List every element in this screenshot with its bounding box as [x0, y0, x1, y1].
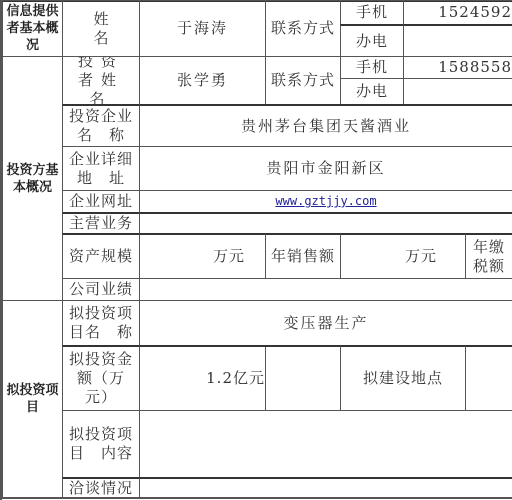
investor-company-value[interactable]: 贵州茅台集团天酱酒业	[139, 104, 512, 146]
provider-name-value[interactable]: 于海涛	[139, 0, 265, 56]
project-site-value[interactable]	[465, 345, 512, 410]
project-name-value[interactable]: 变压器生产	[139, 300, 512, 345]
investor-contact-label: 联系方式	[265, 56, 340, 104]
investor-company-label: 投资企业名 称	[62, 104, 139, 146]
investor-name-label: 投资者姓名	[62, 56, 139, 104]
project-negotiation-label: 洽谈情况	[62, 477, 139, 497]
investor-performance-value[interactable]	[139, 278, 512, 300]
investor-mobile-value[interactable]: 1588558	[403, 56, 512, 78]
investor-website-link[interactable]: www.gztjjy.com	[275, 192, 376, 211]
investor-address-value[interactable]: 贵阳市金阳新区	[139, 146, 512, 190]
project-amount-value-cont	[265, 345, 340, 410]
provider-mobile-value[interactable]: 1524592	[403, 0, 512, 24]
investor-name-value[interactable]: 张学勇	[139, 56, 265, 104]
provider-name-label: 姓 名	[62, 0, 139, 56]
investor-office-label: 办电	[340, 78, 403, 104]
investor-assets-label: 资产规模	[62, 233, 139, 278]
project-amount-value[interactable]: 1.2亿元	[139, 345, 265, 410]
investor-business-value[interactable]	[139, 212, 512, 233]
provider-contact-label: 联系方式	[265, 0, 340, 56]
provider-office-label: 办电	[340, 24, 403, 56]
table-bottom-border	[0, 497, 512, 499]
investor-address-label: 企业详细地 址	[62, 146, 139, 190]
project-site-label: 拟建设地点	[340, 345, 465, 410]
investor-performance-label: 公司业绩	[62, 278, 139, 300]
section-investor-info: 投资方基本概况	[2, 56, 62, 300]
project-name-label: 拟投资项目名 称	[62, 300, 139, 345]
project-content-value[interactable]	[139, 410, 512, 477]
investor-business-label: 主营业务	[62, 212, 139, 233]
investor-assets-value[interactable]: 万元	[139, 233, 265, 278]
section-project: 拟投资项目	[2, 300, 62, 497]
investor-website-label: 企业网址	[62, 190, 139, 212]
section-provider-info: 信息提供者基本概况	[2, 0, 62, 56]
investor-sales-label: 年销售额	[265, 233, 340, 278]
provider-office-value[interactable]	[403, 24, 512, 56]
provider-mobile-label: 手机	[340, 0, 403, 24]
investor-sales-value[interactable]: 万元	[340, 233, 465, 278]
investor-office-value[interactable]	[403, 78, 512, 104]
project-amount-label: 拟投资金额（万元）	[62, 345, 139, 410]
investor-mobile-label: 手机	[340, 56, 403, 78]
project-negotiation-value[interactable]	[139, 477, 512, 497]
project-content-label: 拟投资项目 内容	[62, 410, 139, 477]
investor-tax-label: 年缴税额	[465, 233, 512, 278]
investor-website-cell: www.gztjjy.com	[139, 190, 512, 212]
